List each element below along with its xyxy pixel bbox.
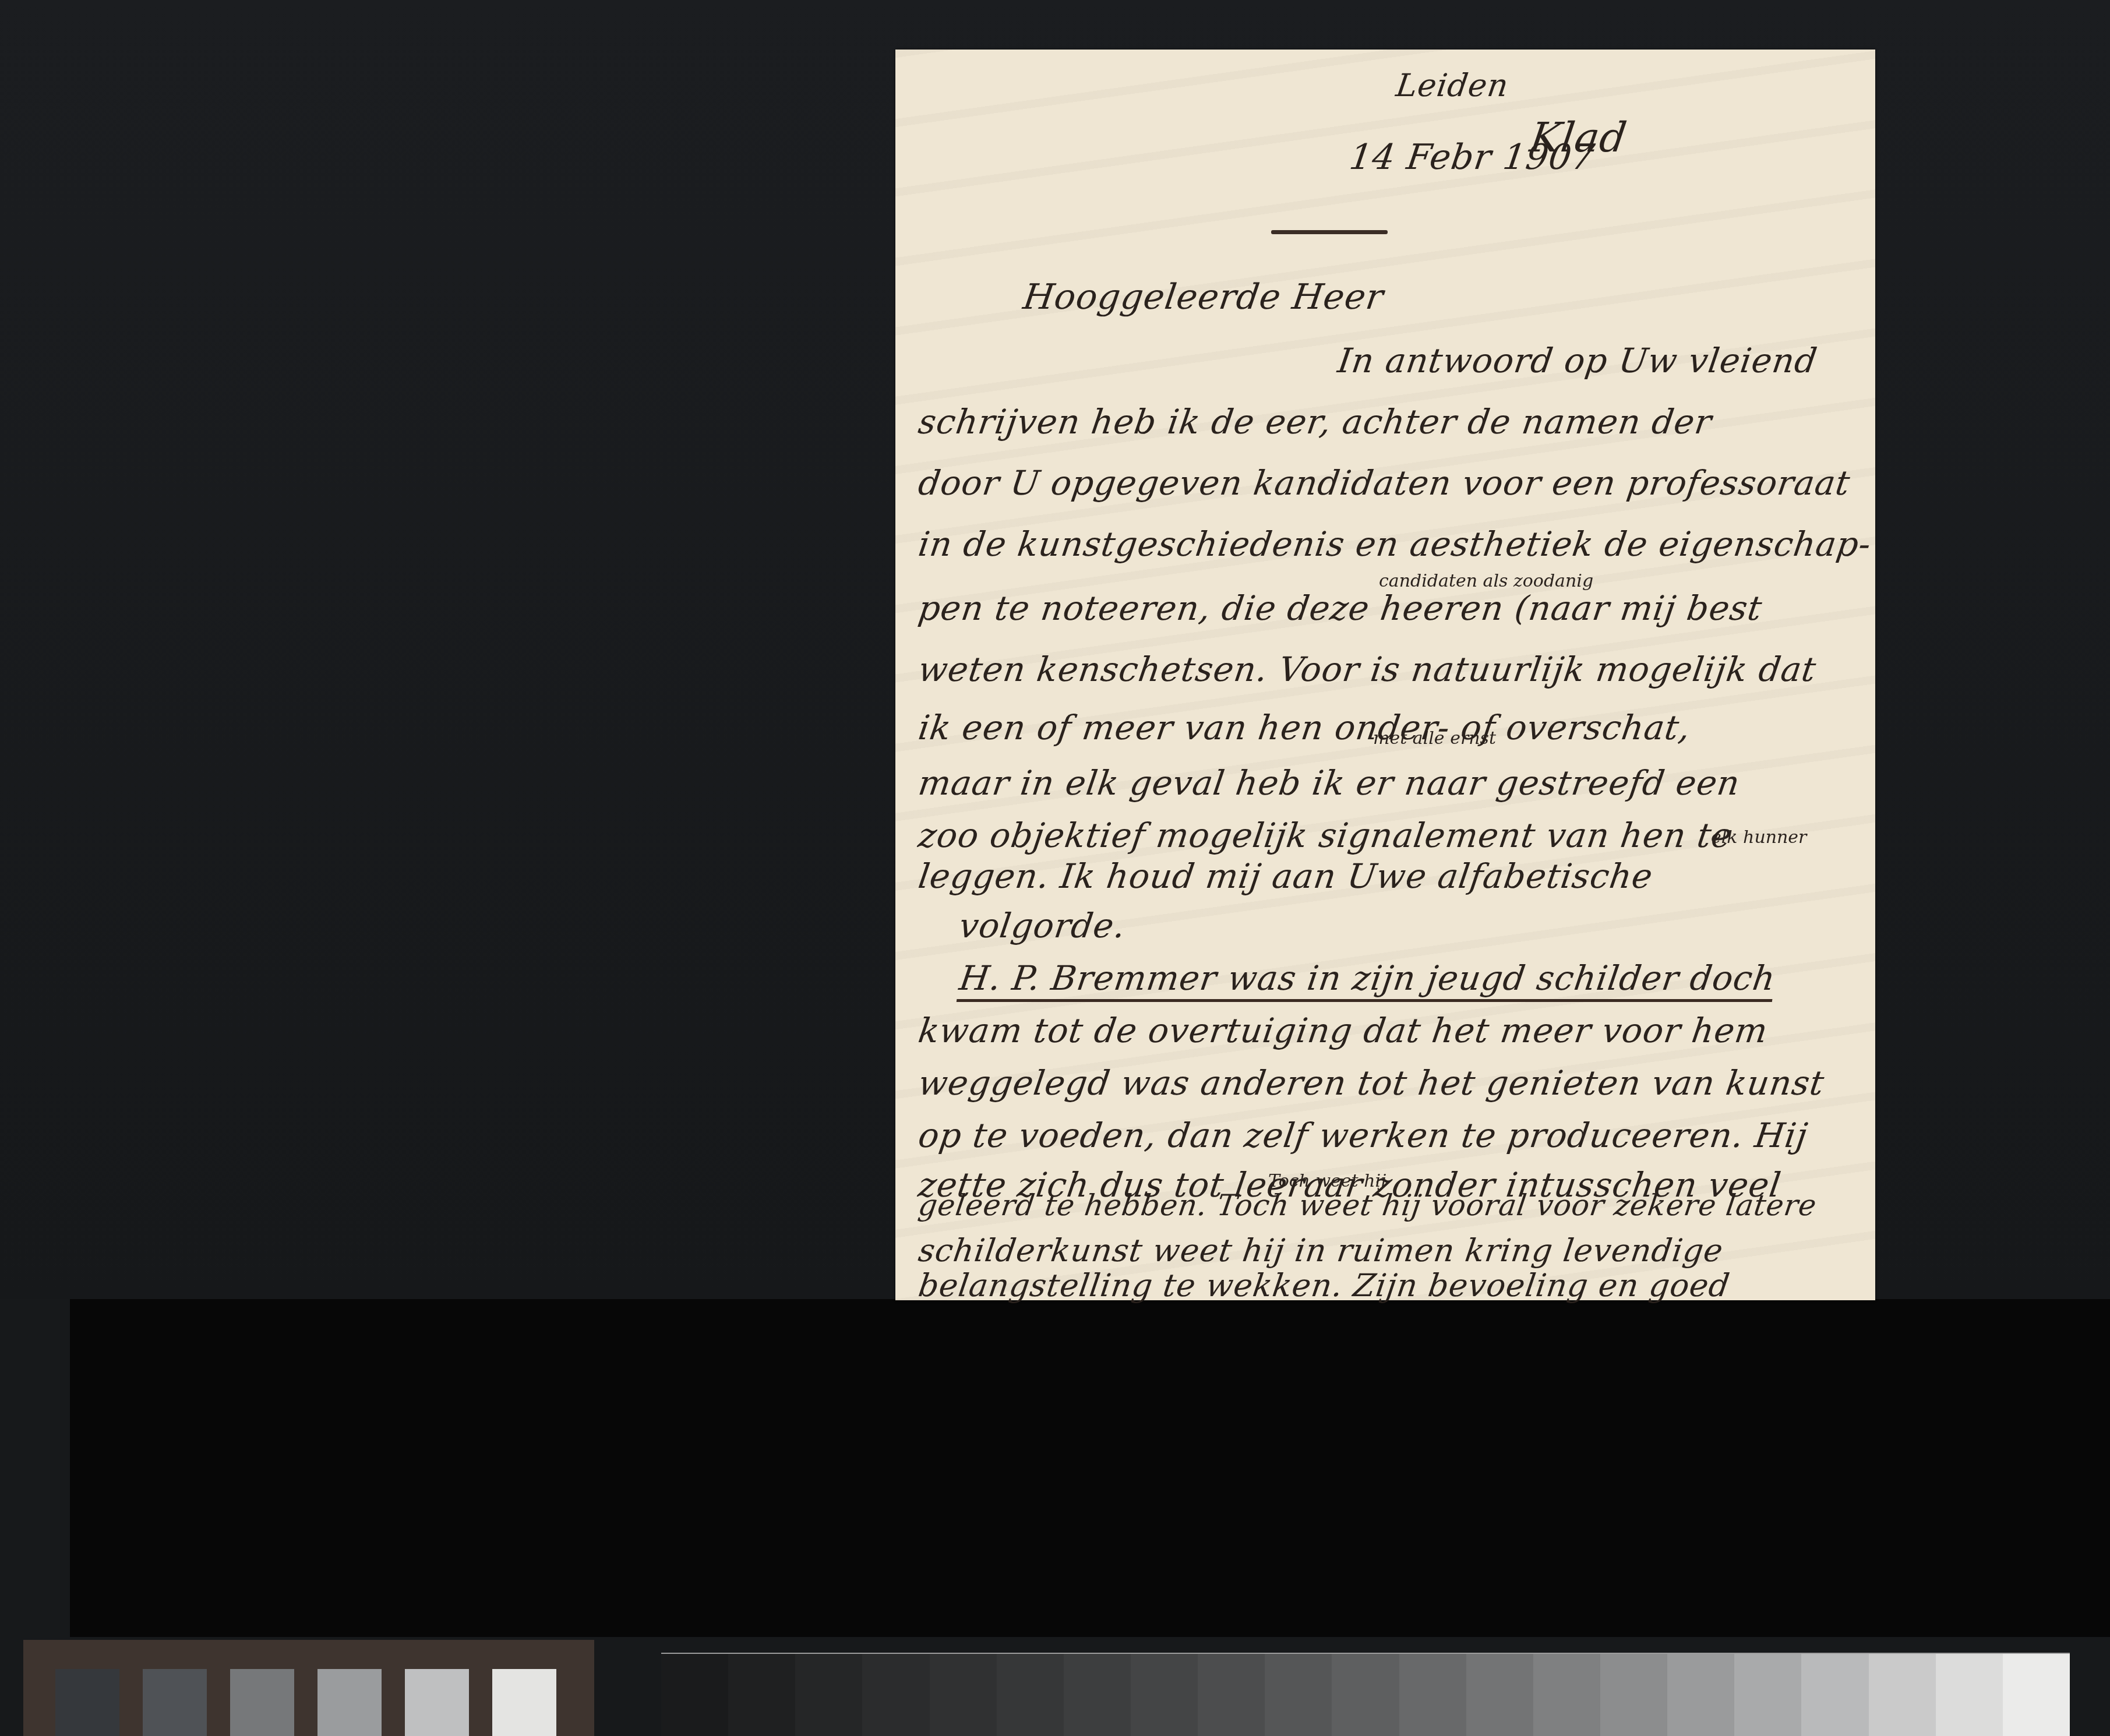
wedge-step (862, 1654, 929, 1736)
body-line-4: in de kunstgeschiedenis en aesthetiek de… (916, 524, 1873, 564)
body-line-2: schrijven heb ik de eer, achter de namen… (916, 402, 1714, 442)
body-line-12: H. P. Bremmer was in zijn jeugd schilder… (957, 958, 1779, 1002)
body-line-14: weggelegd was anderen tot het genieten v… (916, 1063, 1827, 1103)
wedge-step (728, 1654, 795, 1736)
wedge-step (1064, 1654, 1131, 1736)
wedge-step (1198, 1654, 1265, 1736)
wedge-step (661, 1654, 728, 1736)
body-line-11: volgorde. (957, 906, 1128, 945)
wedge-step (1734, 1654, 1801, 1736)
wedge-step (2003, 1654, 2070, 1736)
letter-page: Leiden 14 Febr 1907 Klad Hooggeleerde He… (895, 50, 1875, 1300)
gray-patch-card (23, 1640, 594, 1736)
wedge-step (1936, 1654, 2003, 1736)
wedge-step (1801, 1654, 1868, 1736)
wedge-step (930, 1654, 997, 1736)
wedge-step (997, 1654, 1064, 1736)
header-divider (1271, 230, 1388, 234)
wedge-step (1399, 1654, 1466, 1736)
letter-place: Leiden (1394, 67, 1511, 104)
insertion-3: elk hunner (1711, 827, 1806, 848)
letter-draft-label: Klad (1527, 114, 1630, 161)
gray-patch-6 (492, 1669, 556, 1736)
gray-patch-1 (55, 1669, 119, 1736)
body-line-17: geleerd te hebben. Toch weet hij vooral … (916, 1188, 1819, 1222)
body-line-7: ik een of meer van hen onder- of oversch… (916, 708, 1693, 747)
body-line-10: leggen. Ik houd mij aan Uwe alfabetische (916, 856, 1656, 896)
gray-patch-5 (405, 1669, 469, 1736)
body-line-5: pen te noteeren, die deze heeren (naar m… (916, 588, 1765, 628)
wedge-step (795, 1654, 862, 1736)
body-line-15: op te voeden, dan zelf werken te produce… (916, 1116, 1810, 1155)
black-backing-band (70, 1299, 2110, 1637)
wedge-step (1466, 1654, 1533, 1736)
body-line-3: door U opgegeven kandidaten voor een pro… (916, 463, 1853, 503)
body-line-1: In antwoord op Uw vleiend (1335, 341, 1820, 380)
gray-patch-2 (143, 1669, 207, 1736)
wedge-step (1332, 1654, 1399, 1736)
gray-step-wedge (661, 1653, 2070, 1736)
body-line-6: weten kenschetsen. Voor is natuurlijk mo… (916, 650, 1819, 689)
salutation: Hooggeleerde Heer (1021, 277, 1386, 317)
wedge-step (1533, 1654, 1600, 1736)
body-line-19: belangstelling te wekken. Zijn bevoeling… (916, 1267, 1733, 1304)
gray-patch-3 (230, 1669, 294, 1736)
body-line-13: kwam tot de overtuiging dat het meer voo… (916, 1011, 1770, 1050)
wedge-step (1869, 1654, 1936, 1736)
wedge-step (1265, 1654, 1332, 1736)
body-line-9: zoo objektief mogelijk signalement van h… (916, 816, 1735, 855)
wedge-step (1667, 1654, 1734, 1736)
body-line-8: maar in elk geval heb ik er naar gestree… (916, 763, 1742, 803)
wedge-step (1600, 1654, 1667, 1736)
gray-patch-4 (317, 1669, 382, 1736)
insertion-2: met alle ernst (1373, 728, 1496, 749)
wedge-step (1131, 1654, 1198, 1736)
body-line-18: schilderkunst weet hij in ruimen kring l… (916, 1232, 1726, 1269)
